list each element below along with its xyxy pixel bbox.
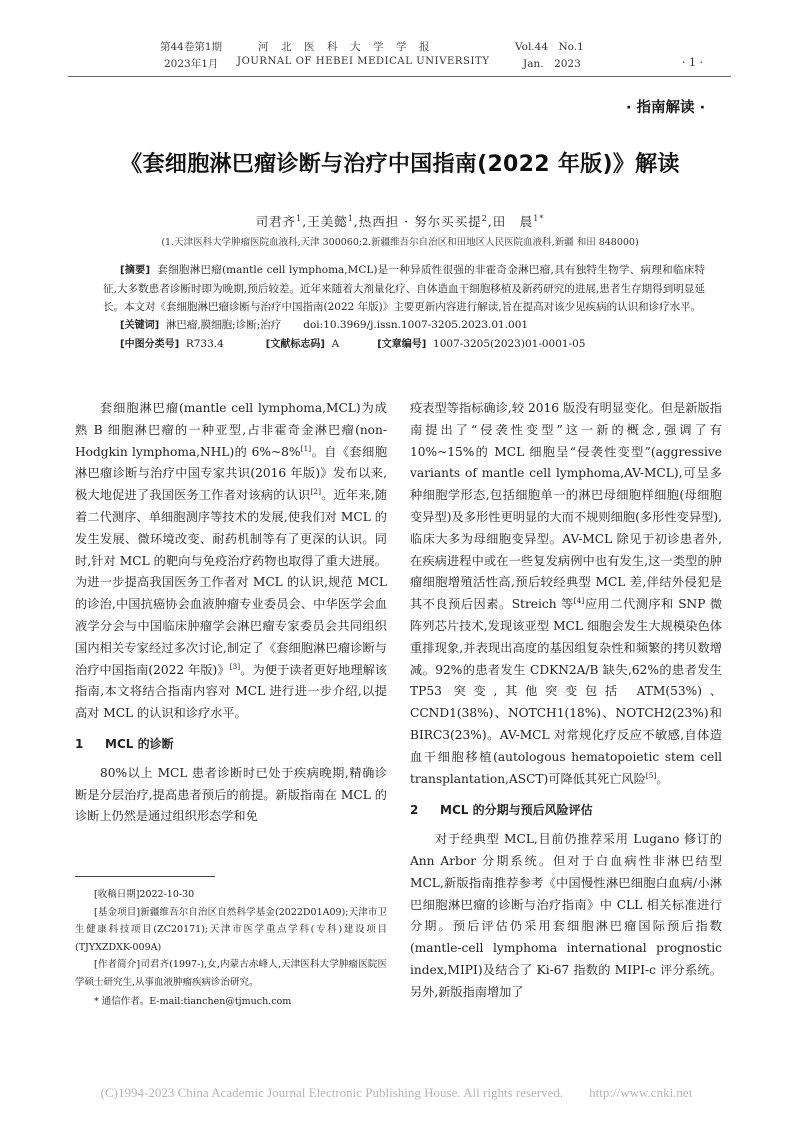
header-journal-cn: 河 北 医 科 大 学 学 报 [258, 39, 431, 54]
doc-code-label: [文献标志码] [266, 339, 325, 350]
body-column-right: 疫表型等指标确诊,较 2016 版没有明显变化。但是新版指南提出了“侵袭性变型”… [410, 398, 722, 1004]
abstract-label: [摘要] [120, 265, 150, 276]
body-column-left: 套细胞淋巴瘤(mantle cell lymphoma,MCL)为成熟 B 细胞… [75, 398, 387, 828]
header-page-number: · 1 · [682, 56, 703, 69]
author-name: 热西担 · 努尔买买提 [359, 214, 482, 229]
author-list: 司君齐1,王美懿1,热西担 · 努尔买买提2,田 晨1* [100, 212, 700, 230]
citation-ref[interactable]: [1] [301, 444, 312, 453]
section-tag: · 指南解读 · [626, 96, 705, 117]
diagnosis-paragraph: 80%以上 MCL 患者诊断时已处于疾病晚期,精确诊断是分层治疗,提高患者预后的… [75, 763, 387, 828]
abstract-text: 套细胞淋巴瘤(mantle cell lymphoma,MCL)是一种异质性很强… [103, 264, 705, 313]
body-text: 应用二代测序和 SNP 微阵列芯片技术,发现该亚型 MCL 细胞会发生大规模染色… [410, 597, 722, 785]
affiliations: (1.天津医科大学肿瘤医院血液科,天津 300060;2.新疆维吾尔自治区和田地… [90, 234, 710, 248]
author-name: 田 晨 [493, 214, 534, 229]
received-label: [收稿日期] [94, 889, 139, 900]
header-vol-issue-cn: 第44卷第1期 [160, 39, 222, 54]
fund-label: [基金项目] [94, 907, 140, 918]
abstract-block: [摘要] 套细胞淋巴瘤(mantle cell lymphoma,MCL)是一种… [103, 261, 705, 354]
body-text: 。 [656, 772, 668, 786]
keywords-line: [关键词] 淋巴瘤,膜细胞;诊断;治疗doi:10.3969/j.issn.10… [103, 316, 705, 335]
article-no-label: [文章编号] [377, 339, 426, 350]
footnote-corresponding[interactable]: * 通信作者。E-mail:tianchen@tjmuch.com [75, 993, 387, 1011]
article-no-value: 1007-3205(2023)01-0001-05 [433, 338, 585, 350]
header-vol-issue-en: Vol.44 No.1 [515, 39, 584, 54]
header-date-en: Jan. 2023 [523, 56, 581, 71]
intro-paragraph: 套细胞淋巴瘤(mantle cell lymphoma,MCL)为成熟 B 细胞… [75, 398, 387, 725]
section-heading-1: 1MCL 的诊断 [75, 734, 387, 756]
section-title: MCL 的诊断 [105, 737, 174, 751]
footnote-rule [75, 876, 215, 877]
body-text: 疫表型等指标确诊,较 2016 版没有明显变化。但是新版指南提出了“侵袭性变型”… [410, 401, 722, 611]
received-date: 2022-10-30 [139, 889, 194, 900]
article-title: 《套细胞淋巴瘤诊断与治疗中国指南(2022 年版)》解读 [70, 147, 730, 178]
section-number: 1 [75, 734, 105, 756]
footnote-received: [收稿日期]2022-10-30 [75, 886, 387, 904]
citation-ref[interactable]: [2] [310, 487, 321, 496]
keywords-value: 淋巴瘤,膜细胞;诊断;治疗 [166, 319, 281, 331]
header-journal-en: JOURNAL OF HEBEI MEDICAL UNIVERSITY [237, 56, 490, 67]
citation-ref[interactable]: [4] [574, 596, 585, 605]
citation-ref[interactable]: [3] [230, 662, 241, 671]
doc-code-value: A [332, 338, 340, 350]
clc-label: [中图分类号] [120, 339, 179, 350]
footnotes: [收稿日期]2022-10-30 [基金项目]新疆维吾尔自治区自然科学基金(20… [75, 886, 387, 1011]
footnote-funding: [基金项目]新疆维吾尔自治区自然科学基金(2022D01A09);天津市卫生健康… [75, 904, 387, 957]
author-name: 王美懿 [307, 214, 348, 229]
header-rule [68, 76, 731, 77]
classification-line: [中图分类号] R733.4[文献标志码] A[文章编号] 1007-3205(… [103, 335, 705, 354]
doi-value[interactable]: doi:10.3969/j.issn.1007-3205.2023.01.001 [303, 319, 528, 331]
author-name: 司君齐 [256, 214, 297, 229]
av-mcl-paragraph: 疫表型等指标确诊,较 2016 版没有明显变化。但是新版指南提出了“侵袭性变型”… [410, 398, 722, 790]
header-date-cn: 2023年1月 [164, 56, 218, 71]
clc-value: R733.4 [186, 338, 224, 350]
author-bio-label: [作者简介] [94, 959, 140, 970]
author-affil-mark: 1* [533, 214, 544, 223]
citation-ref[interactable]: [5] [646, 770, 657, 779]
keywords-label: [关键词] [120, 320, 159, 331]
staging-paragraph: 对于经典型 MCL,目前仍推荐采用 Lugano 修订的 Ann Arbor 分… [410, 829, 722, 1003]
body-text: 。近年来,随着二代测序、单细胞测序等技术的发展,使我们对 MCL 的发生发展、微… [75, 488, 387, 676]
footnote-author-bio: [作者简介]司君齐(1997-),女,内蒙古赤峰人,天津医科大学肿瘤医院医学硕士… [75, 956, 387, 991]
abstract-paragraph: [摘要] 套细胞淋巴瘤(mantle cell lymphoma,MCL)是一种… [103, 261, 705, 316]
copyright-notice: (C)1994-2023 China Academic Journal Elec… [0, 1082, 793, 1101]
section-heading-2: 2MCL 的分期与预后风险评估 [410, 800, 722, 822]
section-number: 2 [410, 800, 440, 822]
section-title: MCL 的分期与预后风险评估 [440, 803, 593, 817]
